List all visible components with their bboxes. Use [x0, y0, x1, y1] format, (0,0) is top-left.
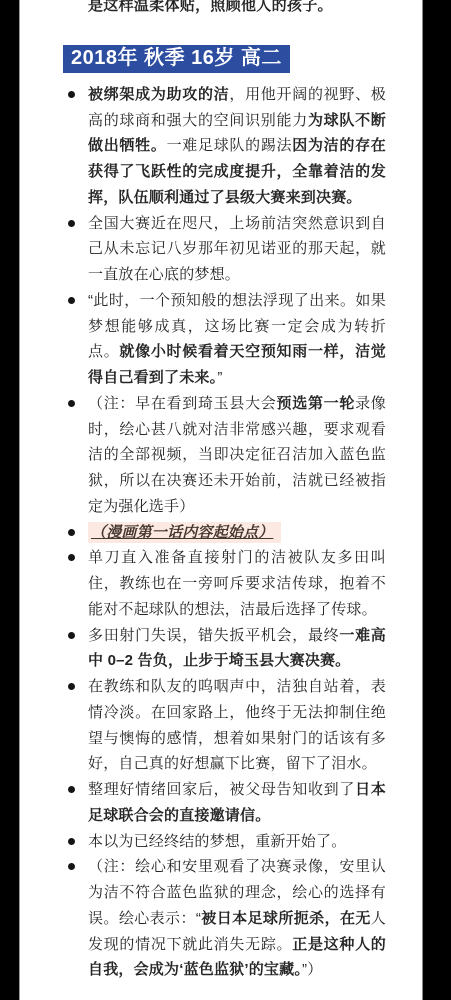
list-item: 全国大赛近在咫尺，上场前洁突然意识到自己从未忘记八岁那年初见诺亚的那天起，就一直…: [65, 211, 386, 288]
list-item: 本以为已经终结的梦想，重新开始了。: [65, 829, 386, 855]
text-segment: 在教练和队友的呜咽声中，洁独自站着，表情冷淡。在回家路上，他终于无法抑制住绝望与…: [88, 678, 386, 772]
list-item: “此时，一个预知般的想法浮现了出来。如果梦想能够成真，这场比赛一定会成为转折点。…: [65, 288, 386, 391]
letterbox-right: [422, 0, 451, 1000]
chapter-start-link[interactable]: （漫画第一话内容起始点）: [88, 522, 281, 543]
text-segment: 单刀直入准备直接射门的洁被队友多田叫住，教练也在一旁呵斥要求洁传球，抱着不能对不…: [88, 549, 386, 618]
list-item: （漫画第一话内容起始点）: [65, 520, 386, 546]
text-segment: （注：早在看到琦玉县大会: [88, 395, 277, 412]
list-item: 在教练和队友的呜咽声中，洁独自站着，表情冷淡。在回家路上，他终于无法抑制住绝望与…: [65, 674, 386, 777]
text-segment: 录像时，绘心甚八就对洁非常感兴趣，要求观看洁的全部视频，当即决定征召洁加入蓝色监…: [88, 395, 386, 515]
text-segment-bold: 被绑架成为助攻的洁: [88, 86, 229, 103]
text-segment-bold: 预选第一轮: [277, 395, 356, 412]
list-item: 被绑架成为助攻的洁，用他开阔的视野、极高的球商和强大的空间识别能力为球队不断做出…: [65, 82, 386, 211]
text-segment-bold: 就像小时候看着天空预知雨一样，洁觉得自己看到了未来。: [88, 343, 386, 386]
text-segment: 一难足球队的踢法: [167, 137, 293, 154]
text-segment: 全国大赛近在咫尺，上场前洁突然意识到自己从未忘记八岁那年初见诺亚的那天起，就一直…: [88, 215, 386, 284]
list-item: （注：绘心和安里观看了决赛录像，安里认为洁不符合蓝色监狱的理念，绘心的选择有误。…: [65, 854, 386, 983]
list-item: （注：早在看到琦玉县大会预选第一轮录像时，绘心甚八就对洁非常感兴趣，要求观看洁的…: [65, 391, 386, 520]
list-item: 多田射门失误，错失扳平机会，最终一难高中 0–2 告负，止步于埼玉县大赛决赛。: [65, 623, 386, 675]
list-item: 单刀直入准备直接射门的洁被队友多田叫住，教练也在一旁呵斥要求洁传球，抱着不能对不…: [65, 545, 386, 622]
phone-screenshot: 是这样温柔体贴，照顾他人的孩子。 2018年 秋季 16岁 高二 被绑架成为助攻…: [0, 0, 451, 1000]
timeline-section-header: 2018年 秋季 16岁 高二: [63, 45, 290, 73]
text-segment: ”）: [302, 961, 322, 978]
timeline-list: 被绑架成为助攻的洁，用他开阔的视野、极高的球商和强大的空间识别能力为球队不断做出…: [65, 82, 386, 983]
text-segment: 本以为已经终结的梦想，重新开始了。: [88, 833, 346, 850]
text-segment-bold: 被日本足球所扼杀，在无: [201, 910, 371, 927]
list-item: 整理好情绪回家后，被父母告知收到了日本足球联合会的直接邀请信。: [65, 777, 386, 829]
previous-section-text: 是这样温柔体贴，照顾他人的孩子。: [20, 0, 422, 19]
text-segment: 多田射门失误，错失扳平机会，最终: [88, 627, 339, 644]
text-segment: 整理好情绪回家后，被父母告知收到了: [88, 781, 355, 798]
text-segment: ”: [217, 369, 222, 386]
document-page: 是这样温柔体贴，照顾他人的孩子。 2018年 秋季 16岁 高二 被绑架成为助攻…: [20, 0, 422, 1000]
letterbox-left: [0, 0, 20, 1000]
